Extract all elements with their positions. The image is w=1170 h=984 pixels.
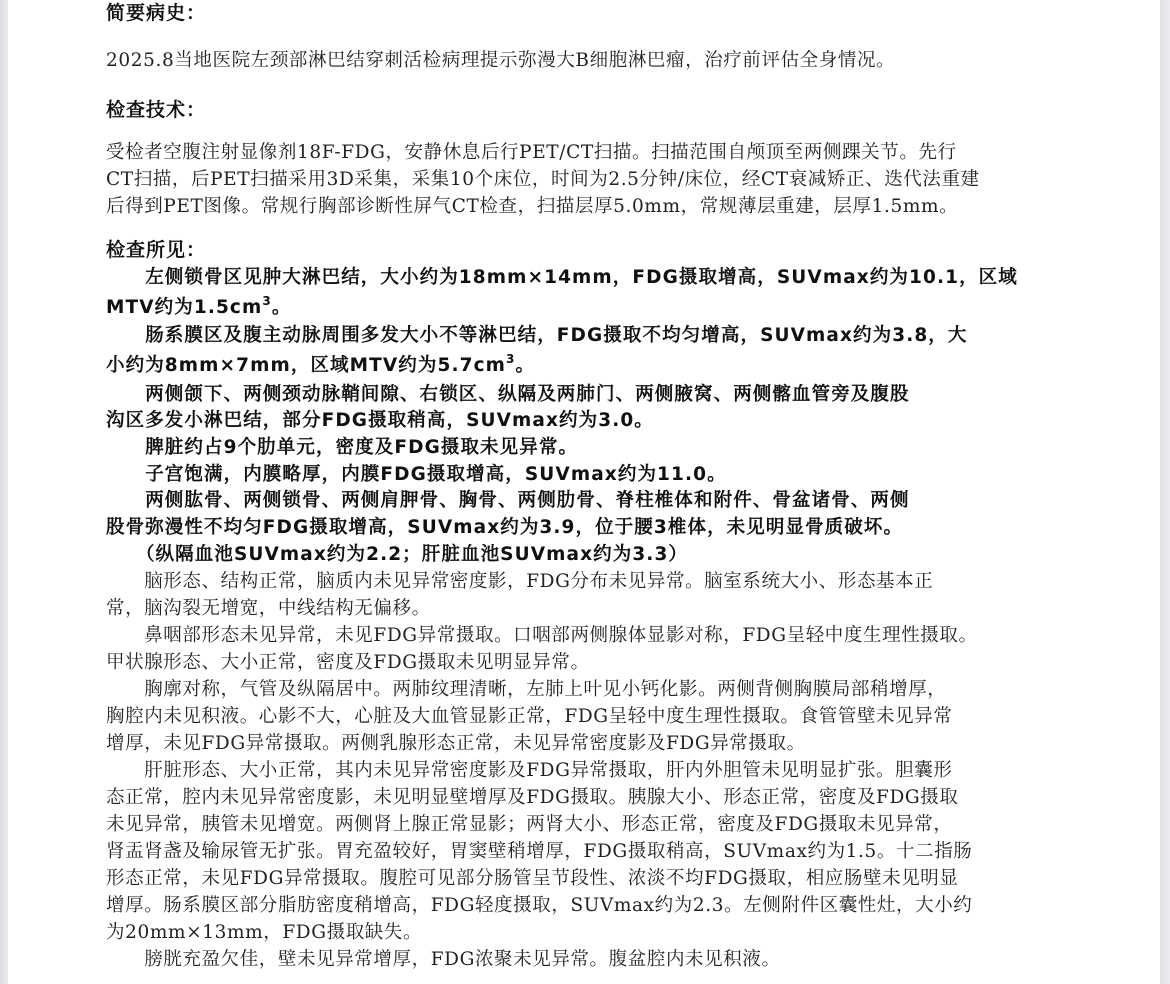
heading-findings: 检查所见： [106, 235, 206, 262]
mtv-text-2: 小约为8mm×7mm，区域MTV约为5.7cm [106, 355, 506, 376]
left-margin [0, 0, 8, 984]
finding-line-6: 胸腔内未见积液。心影不大，心脏及大血管显影正常，FDG呈轻中度生理性摄取。食管管… [106, 702, 952, 728]
heading-technique: 检查技术： [106, 95, 206, 122]
finding-bold-5: 两侧颌下、两侧颈动脉鞘间隙、右锁区、纵隔及两肺门、两侧腋窝、两侧髂血管旁及腹股 [106, 380, 910, 406]
right-scroll-strip[interactable] [1160, 0, 1170, 984]
superscript-3: 3 [262, 294, 271, 308]
technique-line-1: 受检者空腹注射显像剂18F-FDG，安静休息后行PET/CT扫描。扫描范围自颅顶… [106, 138, 957, 164]
technique-line-2: CT扫描，后PET扫描采用3D采集，采集10个床位，时间为2.5分钟/床位，经C… [106, 165, 980, 191]
finding-bold-1: 左侧锁骨区见肿大淋巴结，大小约为18mm×14mm，FDG摄取增高，SUVmax… [106, 263, 1018, 289]
finding-line-1: 脑形态、结构正常，脑质内未见异常密度影，FDG分布未见异常。脑室系统大小、形态基… [106, 567, 933, 593]
document-page: 简要病史： 2025.8当地医院左颈部淋巴结穿刺活检病理提示弥漫大B细胞淋巴瘤，… [8, 0, 1160, 984]
technique-line-3: 后得到PET图像。常规行胸部诊断性屏气CT检查，扫描层厚5.0mm，常规薄层重建… [106, 192, 958, 218]
finding-line-4: 甲状腺形态、大小正常，密度及FDG摄取未见明显异常。 [106, 648, 590, 674]
finding-line-10: 未见异常，胰管未见增宽。两侧肾上腺正常显影；两肾大小、形态正常，密度及FDG摄取… [106, 810, 952, 836]
finding-bold-7: 脾脏约占9个肋单元，密度及FDG摄取未见异常。 [106, 433, 578, 459]
finding-bold-11: （纵隔血池SUVmax约为2.2；肝脏血池SUVmax约为3.3） [106, 540, 688, 566]
finding-line-2: 常，脑沟裂无增宽，中线结构无偏移。 [106, 594, 431, 620]
finding-line-11: 肾盂肾盏及输尿管无扩张。胃充盈较好，胃窦壁稍增厚，FDG摄取稍高，SUVmax约… [106, 837, 972, 863]
finding-line-12: 形态正常，未见FDG异常摄取。腹腔可见部分肠管呈节段性、浓淡不均FDG摄取，相应… [106, 864, 959, 890]
period: 。 [272, 297, 292, 318]
finding-line-3: 鼻咽部形态未见异常，未见FDG异常摄取。口咽部两侧腺体显影对称，FDG呈轻中度生… [106, 621, 978, 647]
finding-bold-3: 肠系膜区及腹主动脉周围多发大小不等淋巴结，FDG摄取不均匀增高，SUVmax约为… [106, 321, 968, 347]
finding-bold-2: MTV约为1.5cm3。 [106, 293, 291, 319]
finding-line-9: 态正常，腔内未见异常密度影，未见明显壁增厚及FDG摄取。胰腺大小、形态正常，密度… [106, 783, 959, 809]
finding-line-5: 胸廓对称，气管及纵隔居中。两肺纹理清晰，左肺上叶见小钙化影。两侧背侧胸膜局部稍增… [106, 675, 946, 701]
finding-bold-8: 子宫饱满，内膜略厚，内膜FDG摄取增高，SUVmax约为11.0。 [106, 460, 727, 486]
mtv-text-1: MTV约为1.5cm [106, 297, 262, 318]
finding-bold-9: 两侧肱骨、两侧锁骨、两侧肩胛骨、胸骨、两侧肋骨、脊柱椎体和附件、骨盆诸骨、两侧 [106, 486, 910, 512]
finding-bold-4: 小约为8mm×7mm，区域MTV约为5.7cm3。 [106, 351, 535, 377]
finding-line-14: 为20mm×13mm，FDG摄取缺失。 [106, 918, 422, 944]
finding-bold-6: 沟区多发小淋巴结，部分FDG摄取稍高，SUVmax约为3.0。 [106, 406, 654, 432]
heading-brief-history: 简要病史： [106, 0, 206, 25]
period: 。 [515, 355, 535, 376]
history-text: 2025.8当地医院左颈部淋巴结穿刺活检病理提示弥漫大B细胞淋巴瘤，治疗前评估全… [106, 46, 895, 72]
finding-bold-10: 股骨弥漫性不均匀FDG摄取增高，SUVmax约为3.9，位于腰3椎体，未见明显骨… [106, 513, 903, 539]
finding-line-15: 膀胱充盈欠佳，壁未见异常增厚，FDG浓聚未见异常。腹盆腔内未见积液。 [106, 945, 781, 971]
finding-line-13: 增厚。肠系膜区部分脂肪密度稍增高，FDG轻度摄取，SUVmax约为2.3。左侧附… [106, 891, 972, 917]
finding-line-8: 肝脏形态、大小正常，其内未见异常密度影及FDG异常摄取，肝内外胆管未见明显扩张。… [106, 756, 952, 782]
finding-line-7: 增厚，未见FDG异常摄取。两侧乳腺形态正常，未见异常密度影及FDG异常摄取。 [106, 729, 806, 755]
